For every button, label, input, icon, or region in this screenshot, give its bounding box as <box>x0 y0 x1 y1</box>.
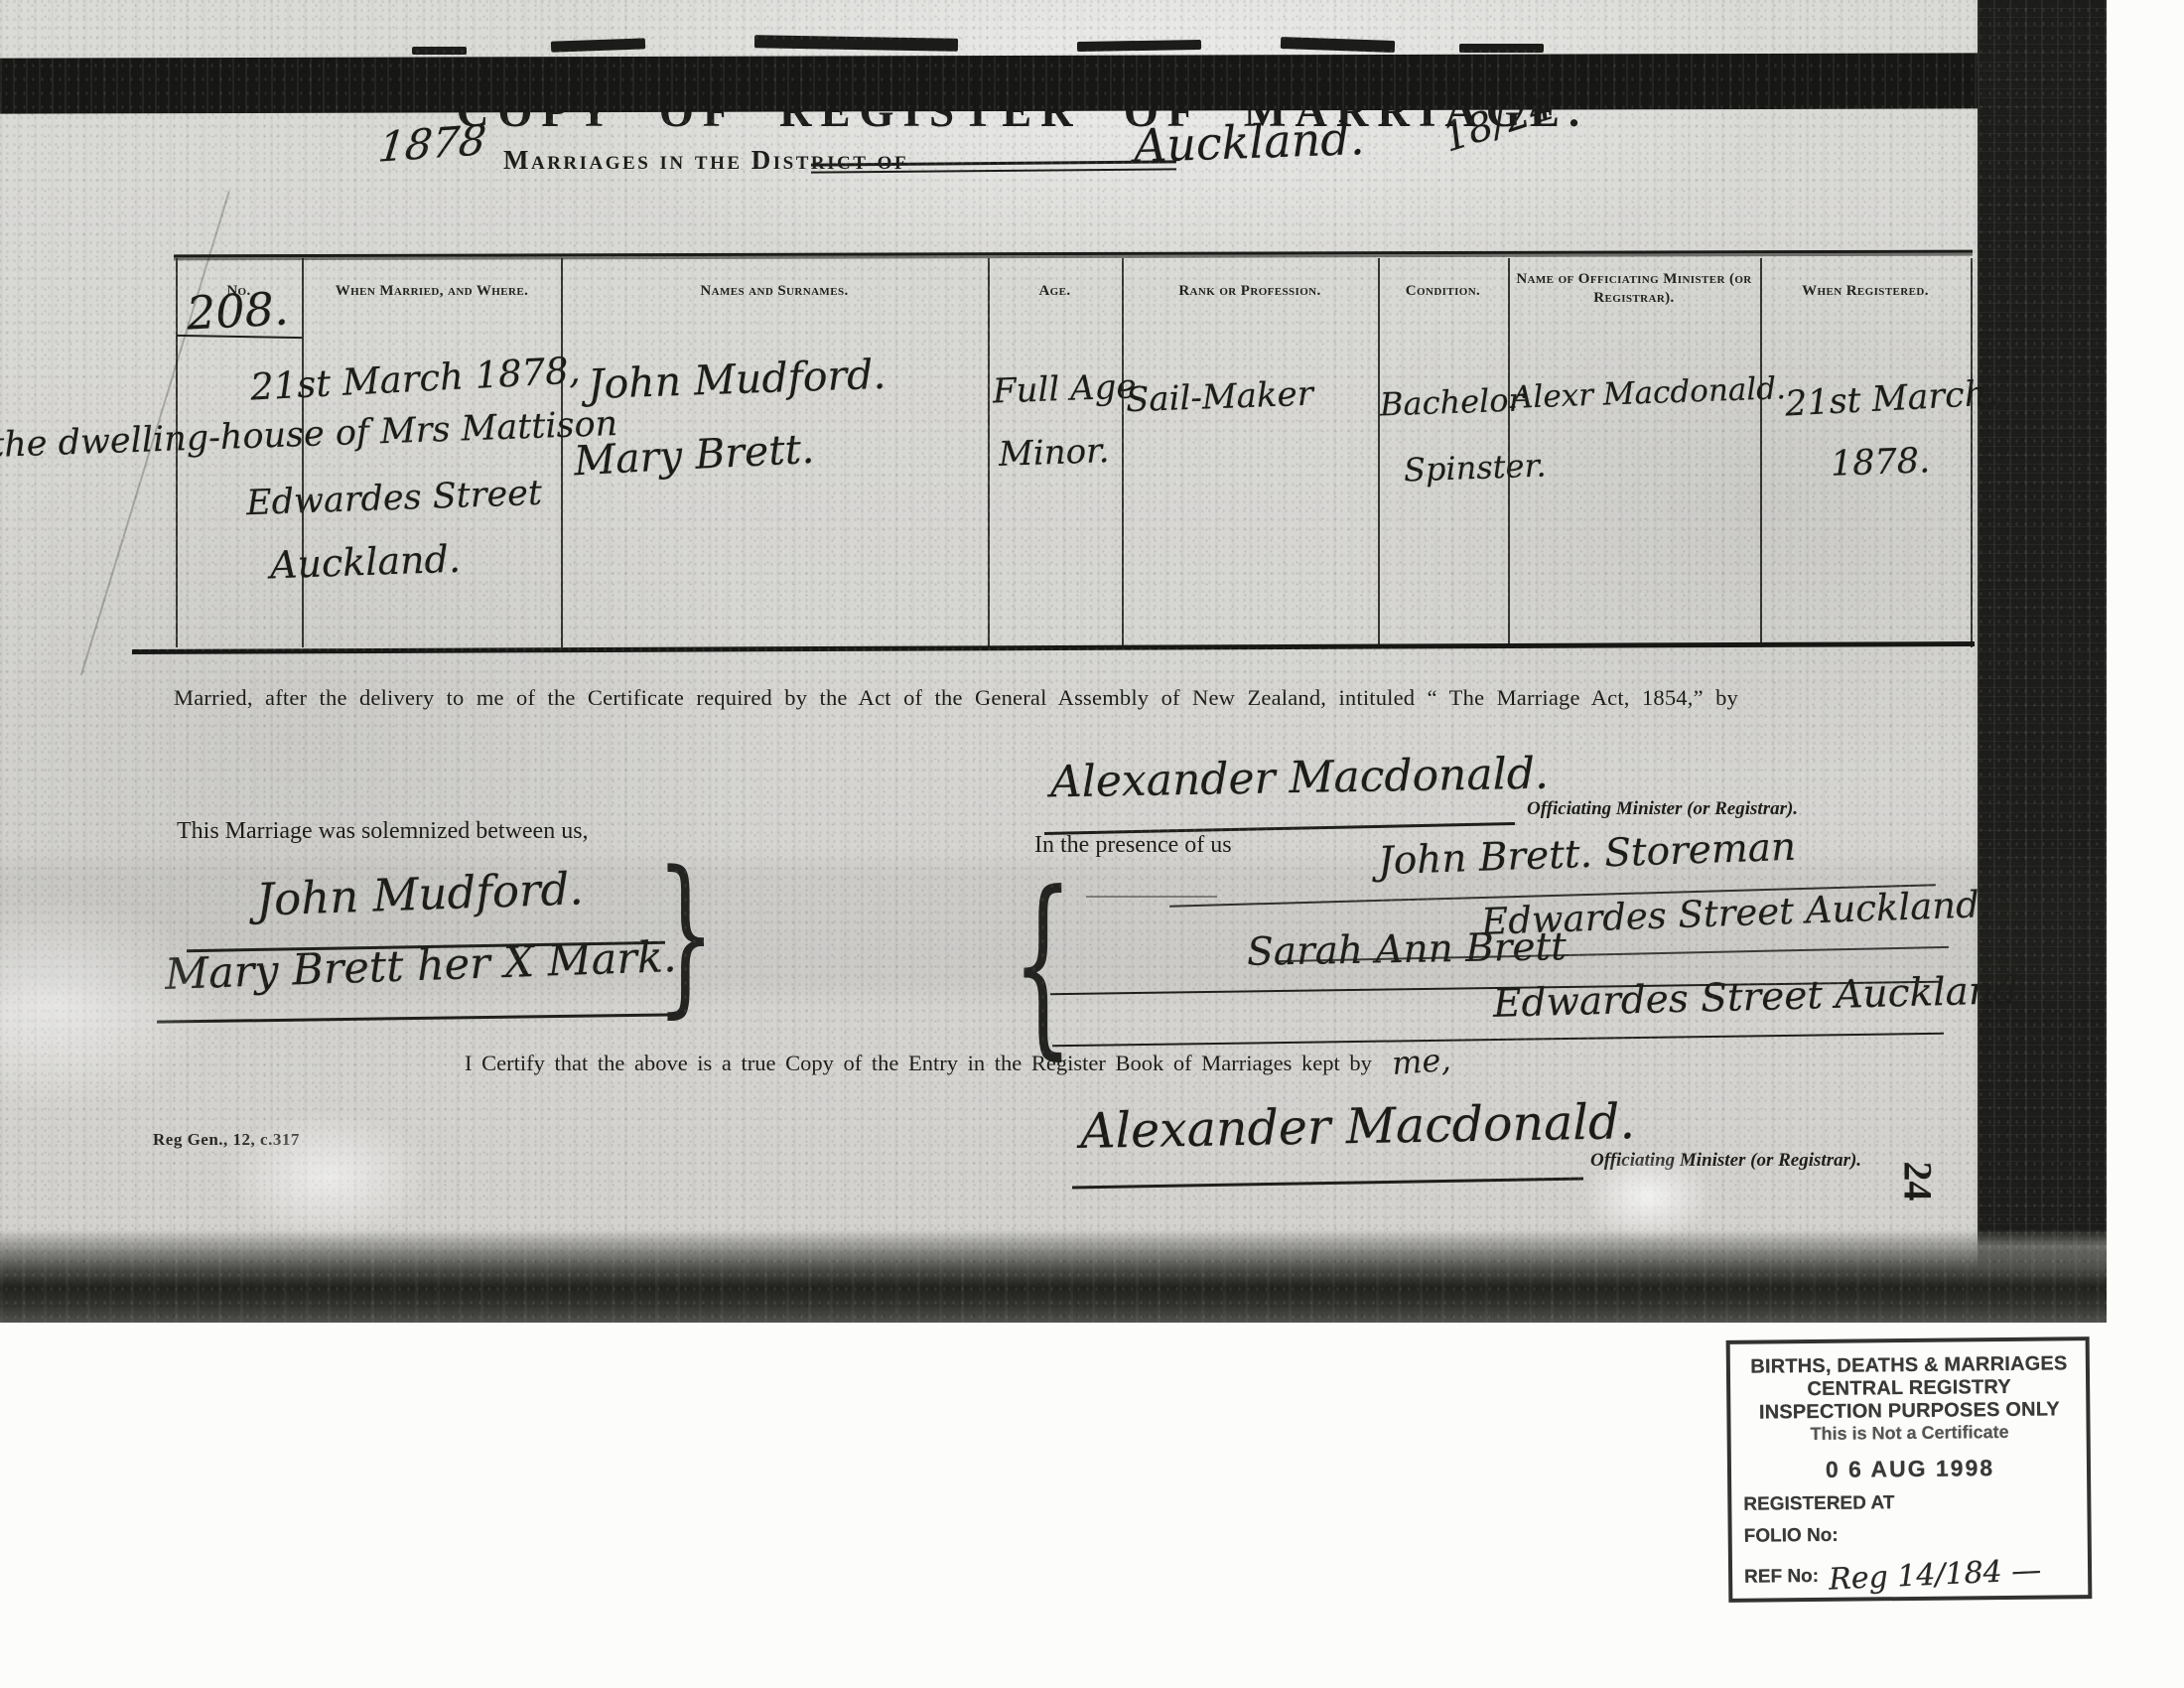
scanned-marriage-register-page: COPY OF REGISTER OF MARRIAGE. 1878 Marri… <box>0 0 2107 1323</box>
entry-bride-age: Minor. <box>998 431 1110 475</box>
table-vertical-rule <box>988 258 990 647</box>
col-header-age: Age. <box>988 282 1122 301</box>
band-fragment <box>754 35 958 52</box>
band-fragment <box>1077 40 1201 52</box>
officiant-signature-upper: Alexander Macdonald. <box>1050 749 1550 808</box>
table-vertical-rule <box>1760 258 1762 647</box>
band-fragment <box>412 47 467 55</box>
col-header-names: Names and Surnames. <box>561 282 988 301</box>
couple-closing-brace: } <box>656 840 716 1029</box>
entry-where-line3: Auckland. <box>269 537 461 588</box>
scan-dark-band-bottom <box>0 1229 2107 1323</box>
band-fragment <box>1281 37 1395 53</box>
entry-registered-line1: 21st March, <box>1784 373 1998 424</box>
stamp-date: 0 6 AUG 1998 <box>1743 1454 2077 1484</box>
scan-dark-band-top <box>0 53 1978 113</box>
entry-groom-condition: Bachelor <box>1379 380 1524 423</box>
stamp-registered-at-label: REGISTERED AT <box>1743 1490 2077 1516</box>
table-vertical-rule <box>1971 258 1973 647</box>
band-fragment <box>551 38 645 52</box>
entry-where-line2: Edwardes Street <box>245 474 542 523</box>
registry-inspection-stamp: BIRTHS, DEATHS & MARRIAGES CENTRAL REGIS… <box>1726 1336 2093 1603</box>
stamp-folio-label: FOLIO No: <box>1744 1522 2078 1548</box>
officiant-signature-lower: Alexander Macdonald. <box>1080 1093 1636 1160</box>
band-fragment <box>1459 44 1544 53</box>
witness-guide-rule <box>1086 896 1217 898</box>
witness-line1: John Brett. Storeman <box>1377 825 1797 885</box>
table-top-rule <box>174 250 1973 258</box>
col-header-registered: When Registered. <box>1760 282 1971 301</box>
certification-printed-text: I Certify that the above is a true Copy … <box>465 1051 1372 1075</box>
stamp-line1: BIRTHS, DEATHS & MARRIAGES <box>1742 1352 2076 1379</box>
officiant-title-upper: Officiating Minister (or Registrar). <box>1527 798 1798 820</box>
scan-dark-band-right <box>1978 0 2107 1323</box>
certification-line: I Certify that the above is a true Copy … <box>465 1041 1450 1078</box>
witness-opening-brace: { <box>1012 858 1073 1070</box>
bride-signature: Mary Brett her X Mark. <box>164 932 677 1000</box>
col-header-rank: Rank or Profession. <box>1122 282 1378 301</box>
table-vertical-rule <box>1122 258 1124 647</box>
col-header-when-married: When Married, and Where. <box>303 282 561 301</box>
entry-groom-age: Full Age <box>992 366 1137 411</box>
entry-where-line1: the dwelling-house of Mrs Mattison <box>0 404 618 466</box>
table-bottom-rule <box>132 641 1975 654</box>
stamp-ref-value-handwritten: Reg 14/184 — <box>1828 1553 2042 1598</box>
witness-line4: Edwardes Street Auckland <box>1493 968 2019 1027</box>
certification-handwritten-me: me, <box>1390 1041 1451 1082</box>
entry-groom-name: John Mudford. <box>587 351 887 408</box>
entry-bride-condition: Spinster. <box>1403 447 1547 490</box>
officiant-title-lower: Officiating Minister (or Registrar). <box>1590 1150 1861 1172</box>
bride-signature-underline <box>157 1013 678 1023</box>
entry-registered-line2: 1878. <box>1830 441 1931 484</box>
groom-signature: John Mudford. <box>255 862 584 925</box>
district-label: Marriages in the District of <box>503 145 908 176</box>
stamp-line4: This is Not a Certificate <box>1743 1421 2077 1446</box>
entry-when-married: 21st March 1878, <box>249 349 581 408</box>
stamp-ref-label: REF No: <box>1744 1566 1819 1589</box>
entry-minister: Alexr Macdonald. <box>1510 370 1786 416</box>
witness-line3: Sarah Ann Brett <box>1247 924 1568 975</box>
solemnized-label: This Marriage was solemnized between us, <box>177 818 589 845</box>
entry-rank: Sail-Maker <box>1125 374 1313 421</box>
statute-reference: Reg Gen., 12, c.317 <box>153 1130 300 1150</box>
officiant-signature-lower-underline <box>1072 1178 1583 1190</box>
side-page-number: 24 <box>1895 1162 1942 1201</box>
marriage-act-statement: Married, after the delivery to me of the… <box>174 685 1738 711</box>
year-handwritten: 1878 <box>376 115 488 171</box>
table-vertical-rule <box>561 258 563 647</box>
col-header-minister: Name of Officiating Minister (or Registr… <box>1508 270 1760 308</box>
entry-number: 208. <box>186 281 290 340</box>
district-value-handwritten: Auckland. <box>1133 111 1365 173</box>
col-header-condition: Condition. <box>1378 282 1508 301</box>
table-vertical-rule <box>1378 258 1380 647</box>
